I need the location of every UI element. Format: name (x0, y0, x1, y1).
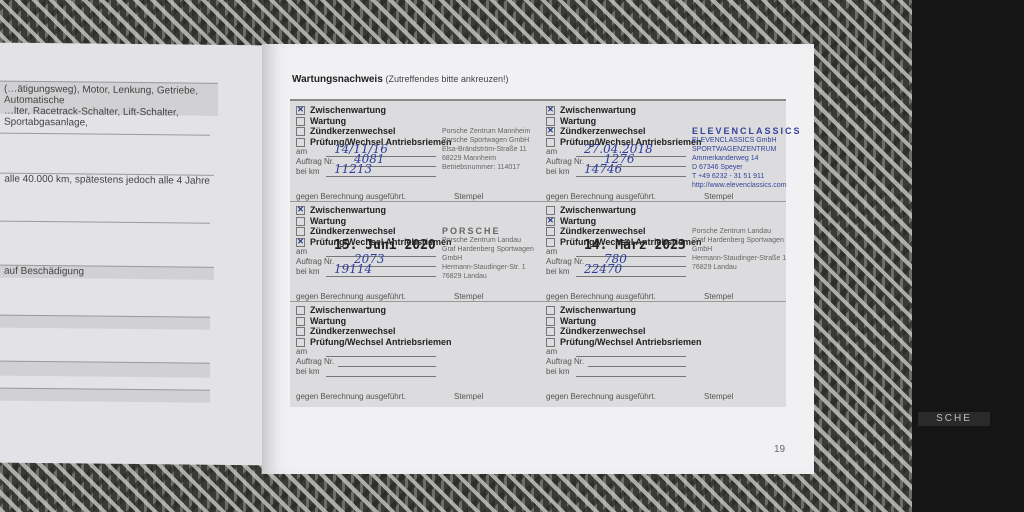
checkbox[interactable] (296, 327, 305, 336)
option-row: Wartung (294, 216, 542, 227)
page-number: 19 (774, 444, 785, 455)
field-label: Auftrag Nr. (296, 357, 334, 366)
checkbox[interactable] (296, 227, 305, 236)
stamp-label: Stempel (454, 192, 483, 201)
checkbox[interactable]: ✕ (546, 217, 555, 226)
checkbox[interactable] (546, 227, 555, 236)
left-divider (0, 221, 210, 236)
dealer-stamp: Porsche Zentrum LandauGraf Hardenberg Sp… (692, 227, 792, 272)
field-label: bei km (296, 267, 320, 276)
km-field[interactable]: bei km (544, 367, 792, 377)
stamp-line: Hermann-Staudinger-Str. 1 (442, 263, 542, 272)
option-row: ✕Zwischenwartung (294, 205, 542, 216)
option-row: Wartung (544, 316, 792, 327)
option-row: ✕Zwischenwartung (294, 105, 542, 116)
option-row: Zwischenwartung (294, 305, 542, 316)
option-label: Zwischenwartung (560, 205, 636, 215)
checkbox[interactable]: ✕ (296, 238, 305, 247)
checkbox[interactable] (546, 338, 555, 347)
stamp-line: 68229 Mannheim (442, 154, 530, 163)
option-label: Wartung (310, 216, 346, 226)
stamp-line: Graf Hardenberg Sportwagen GmbH (442, 245, 542, 263)
date-field[interactable]: am (294, 347, 542, 357)
checkbox[interactable] (296, 217, 305, 226)
stamp-line: Porsche Sportwagen GmbH (442, 136, 530, 145)
checkbox[interactable] (546, 327, 555, 336)
date-field[interactable]: am (544, 347, 792, 357)
km-value: 11213 (334, 164, 372, 174)
left-divider (0, 361, 210, 378)
km-value: 22470 (584, 264, 622, 274)
stamp-label: Stempel (704, 192, 733, 201)
option-label: Zwischenwartung (560, 105, 636, 115)
maintenance-entry: ZwischenwartungWartungZündkerzenwechselP… (294, 305, 542, 405)
option-label: Wartung (560, 316, 596, 326)
option-label: Zündkerzenwechsel (560, 226, 646, 236)
field-label: Auftrag Nr. (296, 157, 334, 166)
dealer-stamp: ELEVENCLASSICSELEVENCLASSICS GmbHSPORTWA… (692, 127, 802, 190)
left-text-row: (…ätigungsweg), Motor, Lenkung, Getriebe… (0, 81, 218, 116)
field-label: am (296, 147, 307, 156)
option-row: Zündkerzenwechsel (294, 326, 542, 337)
checkbox[interactable] (296, 138, 305, 147)
option-row: Zwischenwartung (544, 305, 792, 316)
footer-text: gegen Berechnung ausgeführt. (296, 392, 406, 401)
left-divider (0, 315, 210, 330)
option-label: Zwischenwartung (310, 305, 386, 315)
left-line: (…ätigungsweg), Motor, Lenkung, Getriebe… (4, 84, 214, 108)
checkbox[interactable] (546, 306, 555, 315)
option-row: Prüfung/Wechsel Antriebsriemen (544, 337, 792, 348)
field-label: am (546, 247, 557, 256)
option-label: Wartung (560, 216, 596, 226)
maintenance-entry: ✕ZwischenwartungWartungZündkerzenwechsel… (294, 105, 542, 205)
option-label: Wartung (310, 316, 346, 326)
stamp-line: 76829 Landau (442, 272, 542, 281)
field-label: bei km (296, 367, 320, 376)
option-label: Zündkerzenwechsel (560, 326, 646, 336)
field-label: am (296, 347, 307, 356)
porsche-badge: SCHE (918, 412, 990, 426)
left-divider (0, 133, 210, 136)
stamp-line: D 67346 Speyer (692, 163, 802, 172)
stamp-line: http://www.elevenclassics.com (692, 181, 802, 190)
checkbox[interactable] (296, 127, 305, 136)
order-field[interactable]: Auftrag Nr. (544, 357, 792, 367)
checkbox[interactable]: ✕ (296, 206, 305, 215)
maintenance-grid: ✕ZwischenwartungWartungZündkerzenwechsel… (290, 99, 786, 407)
stamp-line: Graf Hardenberg Sportwagen GmbH (692, 236, 792, 254)
maintenance-entry: Zwischenwartung✕WartungZündkerzenwechsel… (544, 205, 792, 305)
right-page: Wartungsnachweis (Zutreffendes bitte ank… (262, 44, 814, 474)
stamp-line: ELEVENCLASSICS (692, 127, 802, 136)
maintenance-entry: ZwischenwartungWartungZündkerzenwechselP… (544, 305, 792, 405)
option-row: ✕Wartung (544, 216, 792, 227)
option-row: ✕Zwischenwartung (544, 105, 792, 116)
footer-text: gegen Berechnung ausgeführt. (296, 292, 406, 301)
stamp-line: Porsche Zentrum Landau (692, 227, 792, 236)
title-text: Wartungsnachweis (292, 74, 383, 85)
stamp-line: Porsche Zentrum Mannheim (442, 127, 530, 136)
car-interior-dark (912, 0, 1024, 512)
field-label: bei km (296, 167, 320, 176)
km-value: 14746 (584, 164, 622, 174)
left-interval-row: alle 40.000 km, spätestens jedoch alle 4… (0, 173, 214, 190)
option-row: Wartung (294, 116, 542, 127)
option-row: Zwischenwartung (544, 205, 792, 216)
left-divider (0, 388, 210, 403)
option-row: Prüfung/Wechsel Antriebsriemen (294, 337, 542, 348)
field-label: Auftrag Nr. (546, 257, 584, 266)
field-label: am (546, 347, 557, 356)
footer-text: gegen Berechnung ausgeführt. (296, 192, 406, 201)
checkbox[interactable]: ✕ (546, 106, 555, 115)
stamp-line: T +49 6232 - 31 51 911 (692, 172, 802, 181)
checkbox[interactable]: ✕ (296, 106, 305, 115)
stamp-line: Ammerkanderweg 14 (692, 154, 802, 163)
checkbox[interactable] (546, 238, 555, 247)
page-title: Wartungsnachweis (Zutreffendes bitte ank… (292, 74, 508, 85)
field-label: bei km (546, 267, 570, 276)
field-label: bei km (546, 167, 570, 176)
date-value: 15. Juni 2020 (334, 241, 436, 251)
option-label: Zündkerzenwechsel (560, 126, 646, 136)
option-label: Wartung (560, 116, 596, 126)
option-label: Zwischenwartung (560, 305, 636, 315)
stamp-line: Betriebsnummer: 114017 (442, 163, 530, 172)
option-row: Zündkerzenwechsel (544, 326, 792, 337)
footer-text: gegen Berechnung ausgeführt. (546, 292, 656, 301)
dealer-stamp: Porsche Zentrum MannheimPorsche Sportwag… (442, 127, 530, 172)
stamp-line: Hermann-Staudinger-Straße 1 (692, 254, 792, 263)
checkbox[interactable] (546, 117, 555, 126)
left-page: (…ätigungsweg), Motor, Lenkung, Getriebe… (0, 43, 268, 466)
field-label: am (546, 147, 557, 156)
left-line: …lter, Racetrack-Schalter, Lift-Schalter… (4, 106, 214, 130)
field-label: Auftrag Nr. (296, 257, 334, 266)
option-label: Zwischenwartung (310, 205, 386, 215)
checkbox[interactable] (296, 117, 305, 126)
stamp-line: 76829 Landau (692, 263, 792, 272)
date-value: 14. März 2023 (584, 241, 686, 251)
option-label: Wartung (310, 116, 346, 126)
field-label: am (296, 247, 307, 256)
km-value: 19114 (334, 264, 372, 274)
option-row: Wartung (544, 116, 792, 127)
subtitle-text: (Zutreffendes bitte ankreuzen!) (386, 74, 509, 84)
maintenance-entry: ✕ZwischenwartungWartungZündkerzenwechsel… (294, 205, 542, 305)
checkbox[interactable]: ✕ (546, 127, 555, 136)
stamp-line: PORSCHE (442, 227, 542, 236)
checkbox[interactable] (296, 338, 305, 347)
order-field[interactable]: Auftrag Nr. (294, 357, 542, 367)
row-divider (290, 301, 786, 302)
option-label: Zündkerzenwechsel (310, 226, 396, 236)
row-divider (290, 201, 786, 202)
option-label: Zündkerzenwechsel (310, 326, 396, 336)
option-label: Zündkerzenwechsel (310, 126, 396, 136)
km-field[interactable]: bei km (294, 367, 542, 377)
stamp-label: Stempel (454, 292, 483, 301)
checkbox[interactable] (296, 306, 305, 315)
stamp-line: Elsa-Brändström-Straße 11 (442, 145, 530, 154)
stamp-line: SPORTWAGENZENTRUM (692, 145, 802, 154)
stamp-line: Porsche Zentrum Landau (442, 236, 542, 245)
left-damage-row: auf Beschädigung (0, 265, 214, 280)
checkbox[interactable] (546, 317, 555, 326)
stamp-line: ELEVENCLASSICS GmbH (692, 136, 802, 145)
checkbox[interactable] (546, 138, 555, 147)
field-label: Auftrag Nr. (546, 157, 584, 166)
option-label: Zwischenwartung (310, 105, 386, 115)
checkbox[interactable] (296, 317, 305, 326)
option-row: Wartung (294, 316, 542, 327)
stamp-label: Stempel (704, 392, 733, 401)
stamp-label: Stempel (454, 392, 483, 401)
stamp-label: Stempel (704, 292, 733, 301)
checkbox[interactable] (546, 206, 555, 215)
footer-text: gegen Berechnung ausgeführt. (546, 392, 656, 401)
maintenance-entry: ✕ZwischenwartungWartung✕Zündkerzenwechse… (544, 105, 792, 205)
option-label: Prüfung/Wechsel Antriebsriemen (310, 337, 452, 347)
field-label: bei km (546, 367, 570, 376)
footer-text: gegen Berechnung ausgeführt. (546, 192, 656, 201)
dealer-stamp: PORSCHEPorsche Zentrum LandauGraf Harden… (442, 227, 542, 281)
field-label: Auftrag Nr. (546, 357, 584, 366)
option-label: Prüfung/Wechsel Antriebsriemen (560, 337, 702, 347)
